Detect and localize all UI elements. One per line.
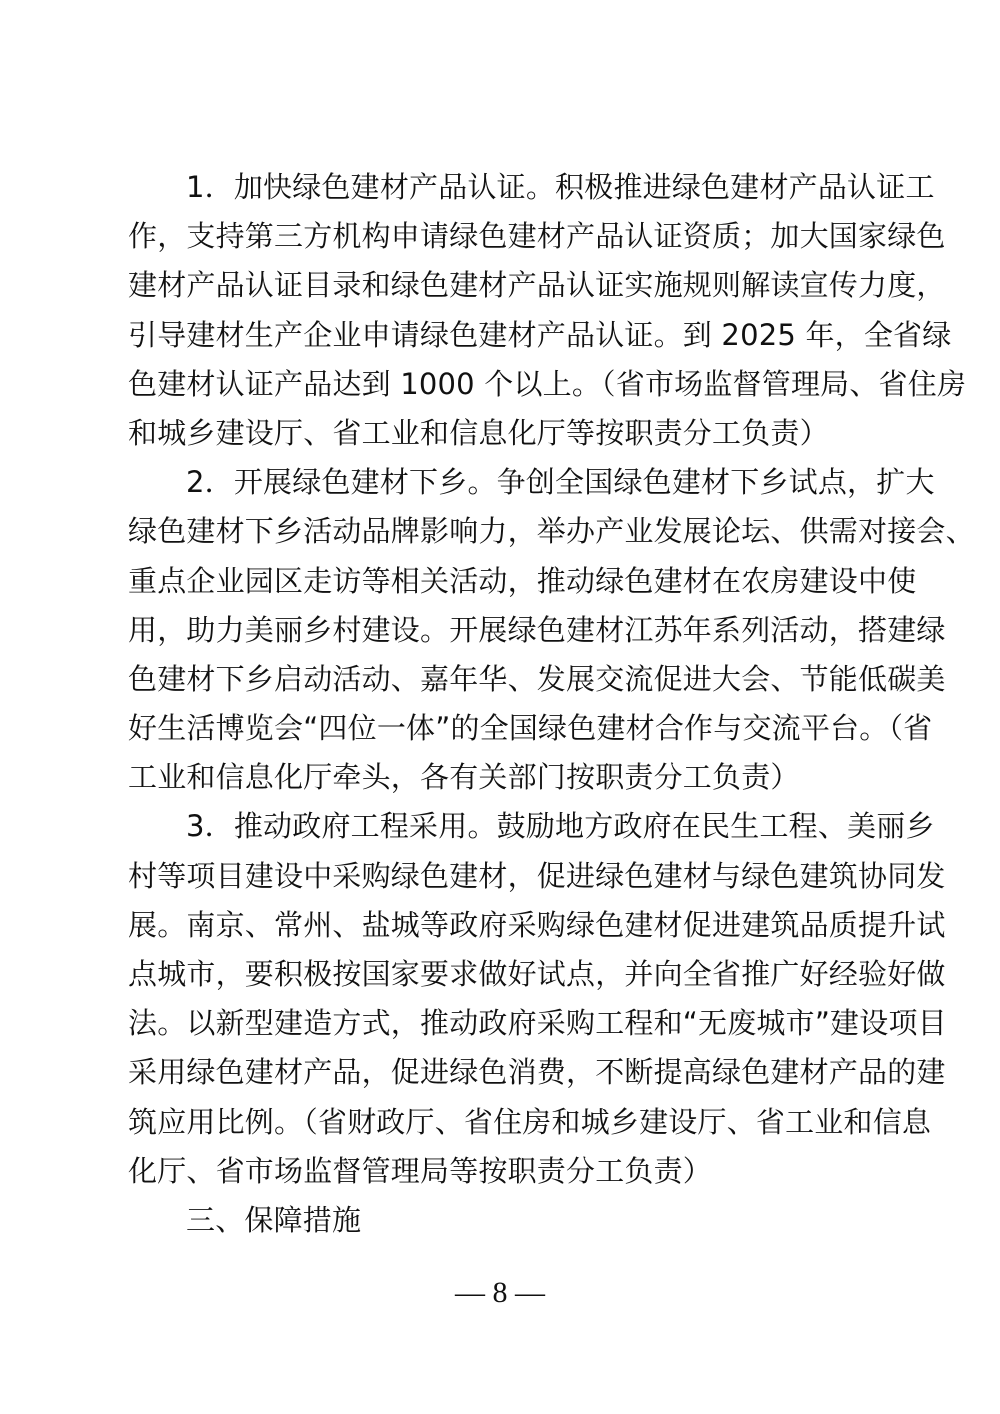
paragraph-1-line-2: 作，支持第三方机构申请绿色建材产品认证资质；加大国家绿色 — [128, 212, 874, 261]
paragraph-2-line-2: 绿色建材下乡活动品牌影响力，举办产业发展论坛、供需对接会、 — [128, 507, 874, 556]
document-body: 1．加快绿色建材产品认证。积极推进绿色建材产品认证工 作，支持第三方机构申请绿色… — [128, 163, 874, 1245]
paragraph-2-line-3: 重点企业园区走访等相关活动，推动绿色建材在农房建设中使 — [128, 557, 874, 606]
paragraph-3-line-7: 筑应用比例。（省财政厅、省住房和城乡建设厅、省工业和信息 — [128, 1098, 874, 1147]
paragraph-2-line-4: 用，助力美丽乡村建设。开展绿色建材江苏年系列活动，搭建绿 — [128, 606, 874, 655]
paragraph-3-line-4: 点城市，要积极按国家要求做好试点，并向全省推广好经验好做 — [128, 950, 874, 999]
paragraph-3-line-1: 3．推动政府工程采用。鼓励地方政府在民生工程、美丽乡 — [128, 802, 874, 851]
paragraph-3-line-3: 展。南京、常州、盐城等政府采购绿色建材促进建筑品质提升试 — [128, 901, 874, 950]
paragraph-3-line-5: 法。以新型建造方式，推动政府采购工程和“无废城市”建设项目 — [128, 999, 874, 1048]
paragraph-3-line-8: 化厅、省市场监督管理局等按职责分工负责） — [128, 1147, 874, 1196]
paragraph-2-line-6: 好生活博览会“四位一体”的全国绿色建材合作与交流平台。（省 — [128, 704, 874, 753]
page-number: — 8 — — [0, 1276, 1000, 1310]
paragraph-2-line-5: 色建材下乡启动活动、嘉年华、发展交流促进大会、节能低碳美 — [128, 655, 874, 704]
paragraph-2-line-1: 2．开展绿色建材下乡。争创全国绿色建材下乡试点，扩大 — [128, 458, 874, 507]
paragraph-1-line-1: 1．加快绿色建材产品认证。积极推进绿色建材产品认证工 — [128, 163, 874, 212]
paragraph-1-line-5: 色建材认证产品达到 1000 个以上。（省市场监督管理局、省住房 — [128, 360, 874, 409]
section-heading: 三、保障措施 — [128, 1196, 874, 1245]
paragraph-1-line-3: 建材产品认证目录和绿色建材产品认证实施规则解读宣传力度， — [128, 261, 874, 310]
paragraph-1-line-6: 和城乡建设厅、省工业和信息化厅等按职责分工负责） — [128, 409, 874, 458]
paragraph-3-line-6: 采用绿色建材产品，促进绿色消费，不断提高绿色建材产品的建 — [128, 1048, 874, 1097]
paragraph-3-line-2: 村等项目建设中采购绿色建材，促进绿色建材与绿色建筑协同发 — [128, 852, 874, 901]
paragraph-1-line-4: 引导建材生产企业申请绿色建材产品认证。到 2025 年，全省绿 — [128, 311, 874, 360]
paragraph-2-line-7: 工业和信息化厅牵头，各有关部门按职责分工负责） — [128, 753, 874, 802]
